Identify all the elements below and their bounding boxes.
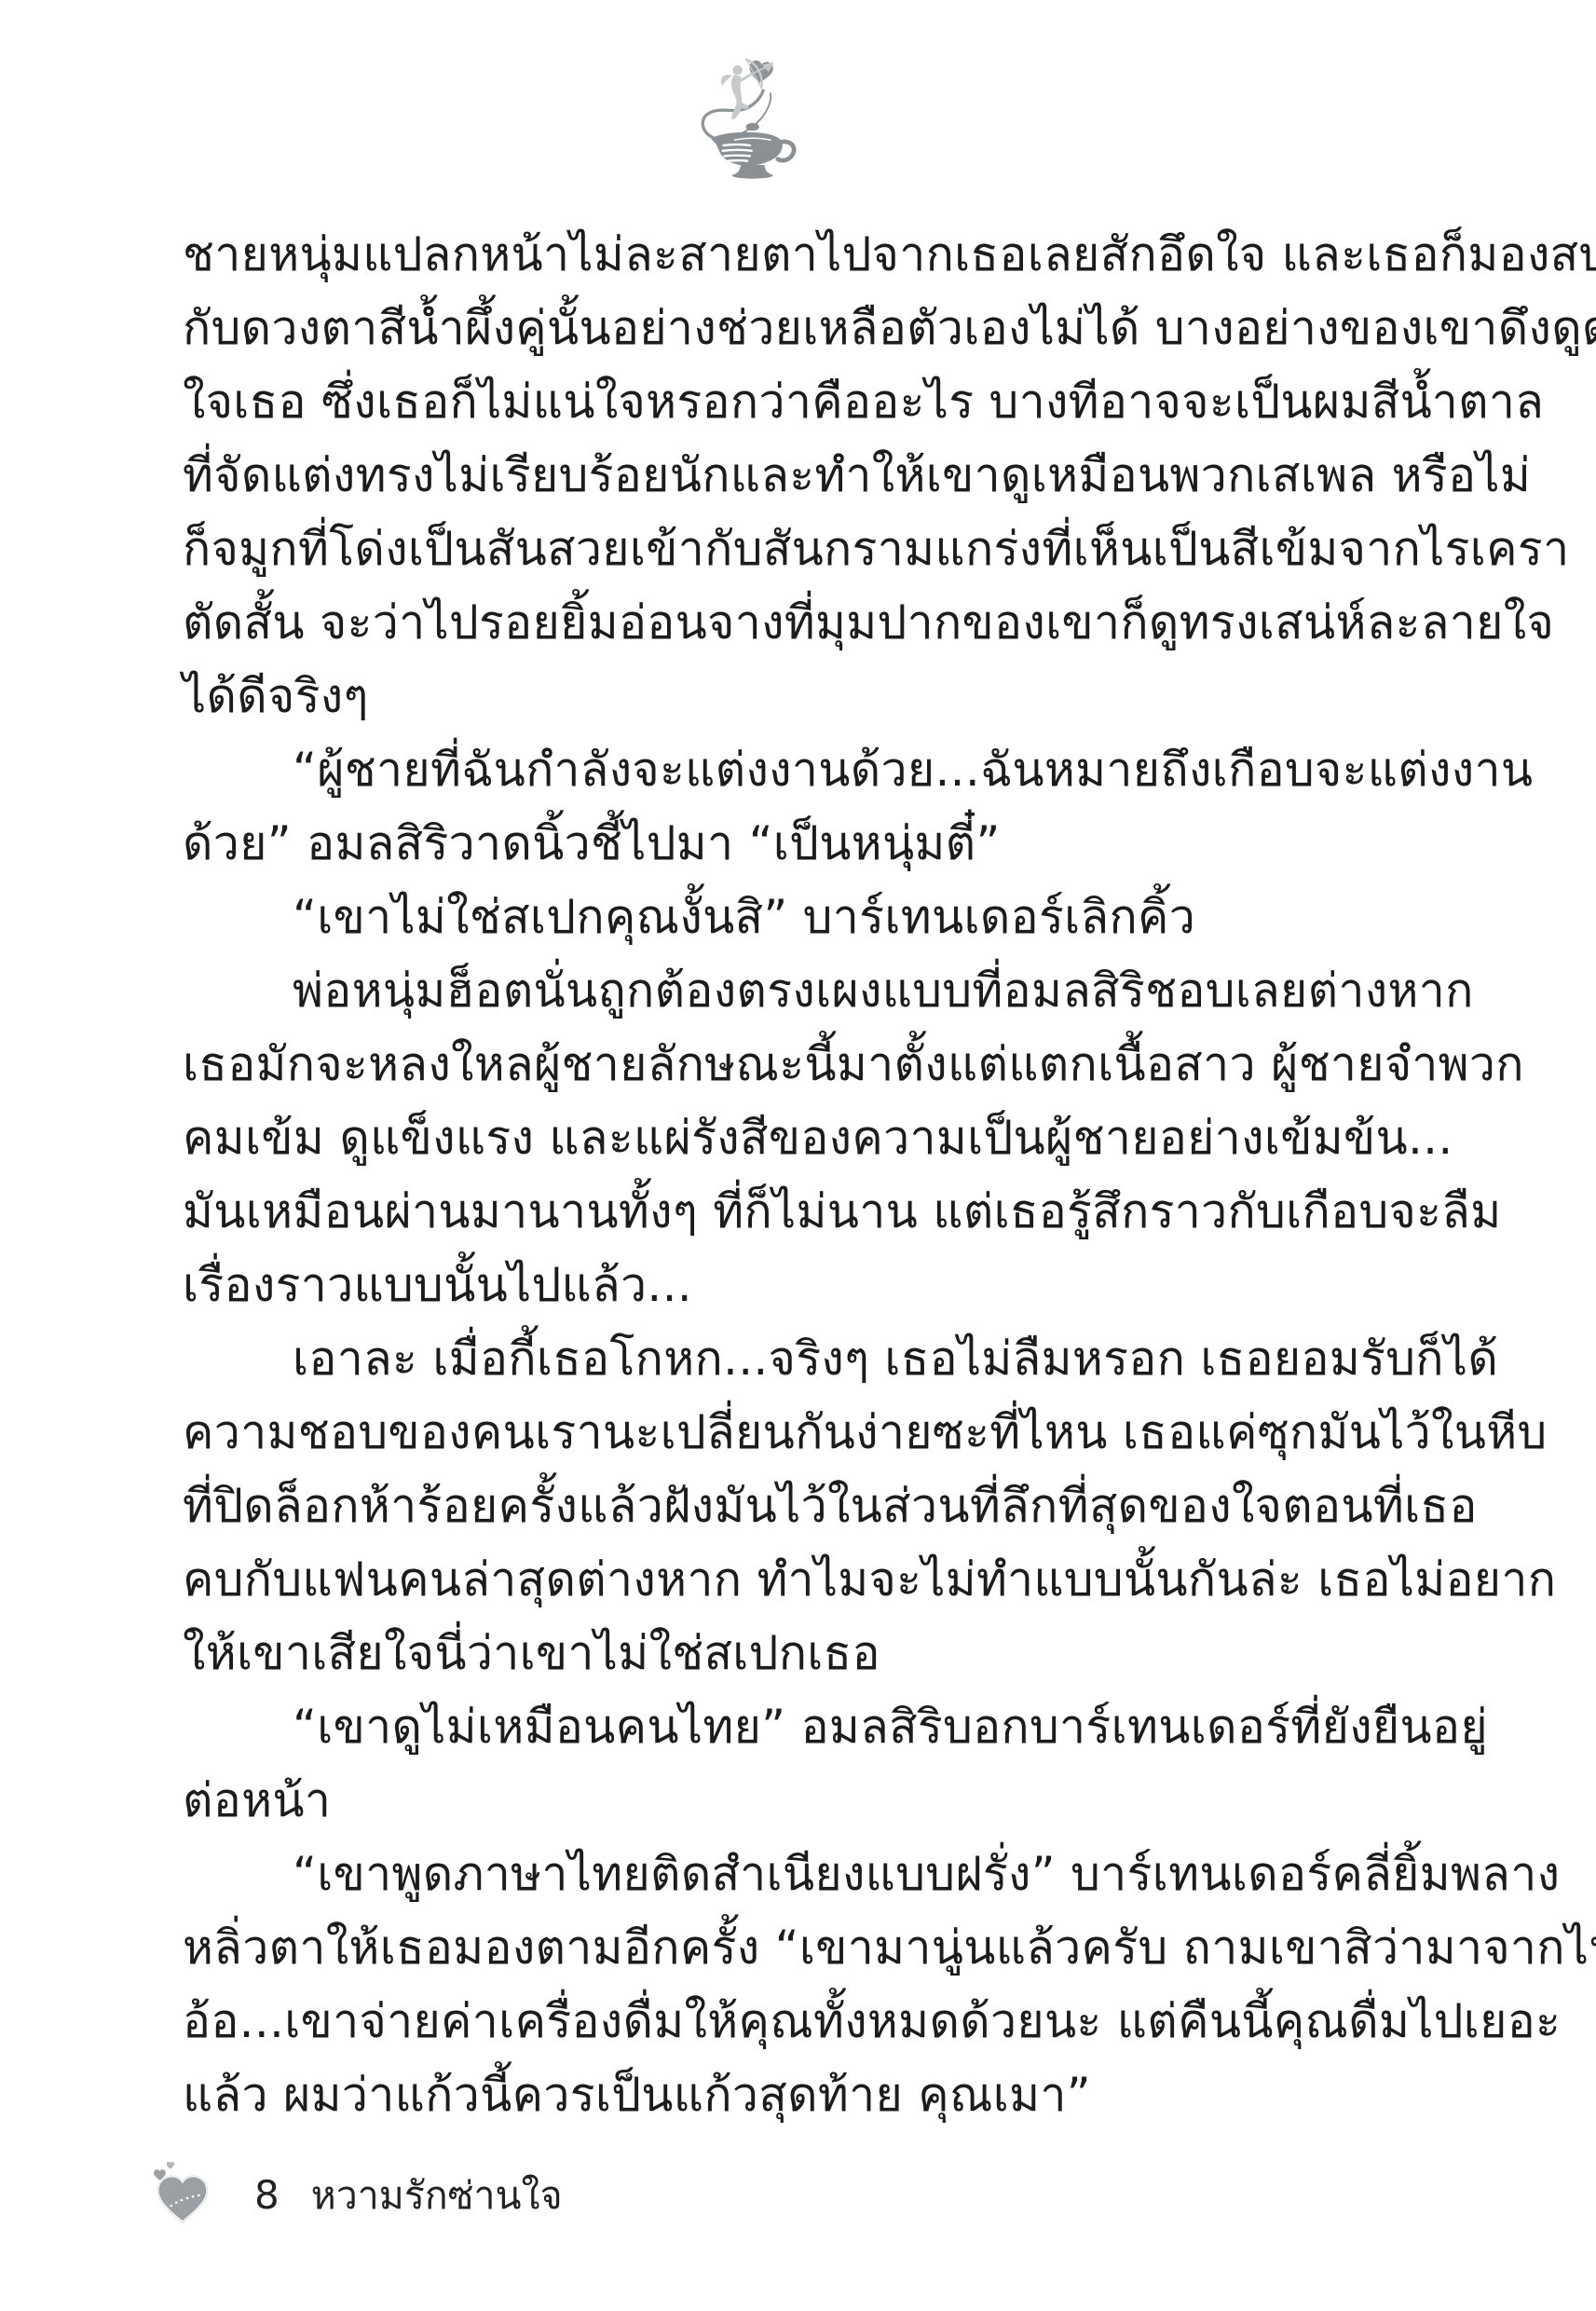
text-line-15: เรื่องราวแบบนั้นไปแล้ว... xyxy=(183,1249,1435,1322)
cupid-genie-lamp-icon xyxy=(695,52,801,179)
book-title: หวามรักซ่านใจ xyxy=(311,2177,563,2215)
heart-icon xyxy=(152,2158,211,2233)
text-line-9: ด้วย” อมลสิริวาดนิ้วชี้ไปมา “เป็นหนุ่มตี… xyxy=(183,807,1435,881)
text-line-23: “เขาพูดภาษาไทยติดสำเนียงแบบฝรั่ง” บาร์เท… xyxy=(183,1838,1435,1911)
text-line-19: คบกับแฟนคนล่าสุดต่างหาก ทำไมจะไม่ทำแบบนั… xyxy=(183,1543,1435,1617)
text-line-3: ใจเธอ ซึ่งเธอก็ไม่แน่ใจหรอกว่าคืออะไร บา… xyxy=(183,365,1435,439)
text-line-2: กับดวงตาสีน้ำผึ้งคู่นั้นอย่างช่วยเหลือตั… xyxy=(183,292,1435,365)
text-line-4: ที่จัดแต่งทรงไม่เรียบร้อยนักและทำให้เขาด… xyxy=(183,439,1435,513)
text-line-18: ที่ปิดล็อกห้าร้อยครั้งแล้วฝังมันไว้ในส่ว… xyxy=(183,1470,1435,1543)
text-line-11: พ่อหนุ่มฮ็อตนั่นถูกต้องตรงเผงแบบที่อมลสิ… xyxy=(183,954,1435,1028)
text-line-7: ได้ดีจริงๆ xyxy=(183,660,1435,733)
page-number: 8 xyxy=(254,2176,280,2215)
page-footer: 8 หวามรักซ่านใจ xyxy=(152,2154,563,2236)
text-line-5: ก็จมูกที่โด่งเป็นสันสวยเข้ากับสันกรามแกร… xyxy=(183,513,1435,586)
text-line-13: คมเข้ม ดูแข็งแรง และแผ่รังสีของความเป็นผ… xyxy=(183,1101,1435,1175)
text-line-8: “ผู้ชายที่ฉันกำลังจะแต่งงานด้วย...ฉันหมา… xyxy=(183,733,1435,807)
text-line-6: ตัดสั้น จะว่าไปรอยยิ้มอ่อนจางที่มุมปากขอ… xyxy=(183,586,1435,660)
text-line-17: ความชอบของคนเรานะเปลี่ยนกันง่ายซะที่ไหน … xyxy=(183,1396,1435,1470)
text-line-24: หลิ่วตาให้เธอมองตามอีกครั้ง “เขามานู่นแล… xyxy=(183,1911,1435,1985)
text-line-10: “เขาไม่ใช่สเปกคุณงั้นสิ” บาร์เทนเดอร์เลิ… xyxy=(183,881,1435,954)
text-line-21: “เขาดูไม่เหมือนคนไทย” อมลสิริบอกบาร์เทนเ… xyxy=(183,1690,1435,1764)
text-line-25: อ้อ...เขาจ่ายค่าเครื่องดื่มให้คุณทั้งหมด… xyxy=(183,1985,1435,2058)
page-ornament xyxy=(695,52,801,179)
body-text: ชายหนุ่มแปลกหน้าไม่ละสายตาไปจากเธอเลยสัก… xyxy=(183,218,1435,2132)
text-line-20: ให้เขาเสียใจนี่ว่าเขาไม่ใช่สเปกเธอ xyxy=(183,1617,1435,1690)
book-page: ชายหนุ่มแปลกหน้าไม่ละสายตาไปจากเธอเลยสัก… xyxy=(0,0,1596,2311)
text-line-14: มันเหมือนผ่านมานานทั้งๆ ที่ก็ไม่นาน แต่เ… xyxy=(183,1175,1435,1249)
text-line-16: เอาละ เมื่อกี้เธอโกหก...จริงๆ เธอไม่ลืมห… xyxy=(183,1322,1435,1396)
text-line-1: ชายหนุ่มแปลกหน้าไม่ละสายตาไปจากเธอเลยสัก… xyxy=(183,218,1435,292)
text-line-12: เธอมักจะหลงใหลผู้ชายลักษณะนี้มาตั้งแต่แต… xyxy=(183,1028,1435,1101)
text-line-22: ต่อหน้า xyxy=(183,1764,1435,1838)
text-line-26: แล้ว ผมว่าแก้วนี้ควรเป็นแก้วสุดท้าย คุณเ… xyxy=(183,2058,1435,2132)
